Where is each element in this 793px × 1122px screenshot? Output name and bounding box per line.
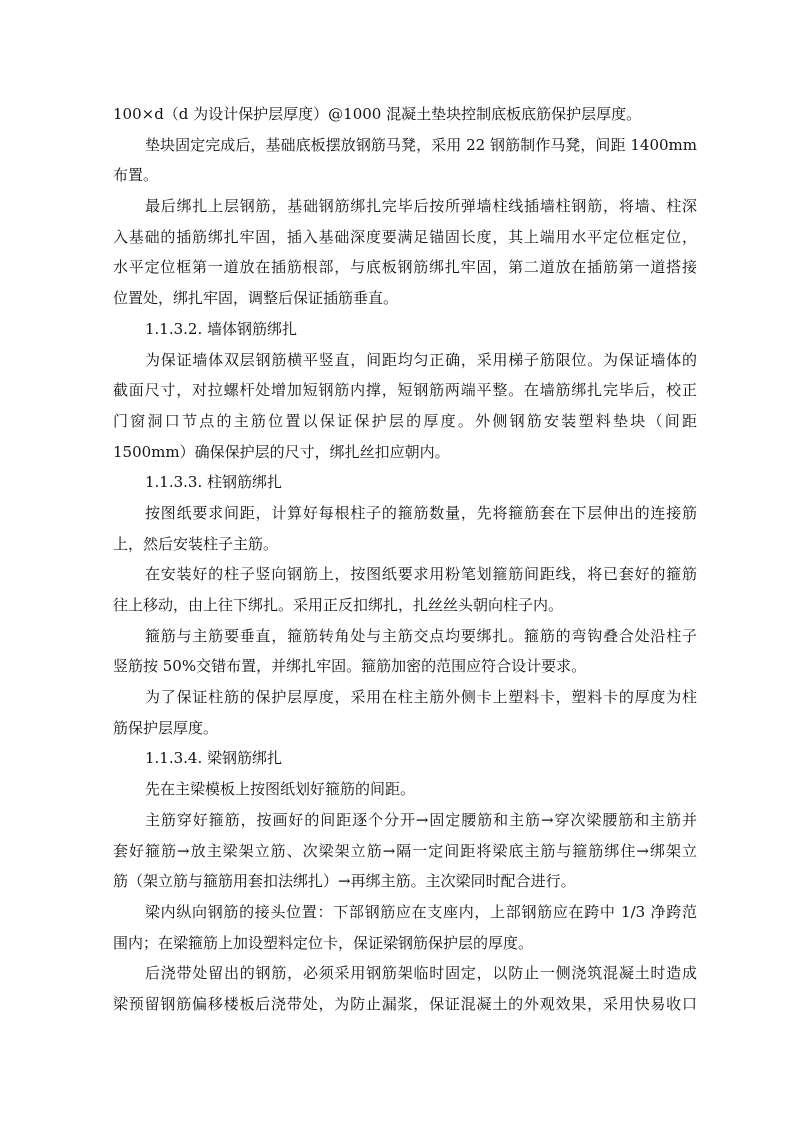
paragraph-line: 水平定位框第一道放在插筋根部，与底板钢筋绑扎牢固，第二道放在插筋第一道搭接	[113, 252, 697, 283]
paragraph-line: 梁预留钢筋偏移楼板后浇带处，为防止漏浆，保证混凝土的外观效果，采用快易收口	[113, 989, 697, 1020]
paragraph-line: 主筋穿好箍筋，按画好的间距逐个分开→固定腰筋和主筋→穿次梁腰筋和主筋并	[113, 805, 697, 836]
paragraph-line: 位置处，绑扎牢固，调整后保证插筋垂直。	[113, 283, 697, 314]
paragraph-line: 为保证墙体双层钢筋横平竖直，间距均匀正确，采用梯子筋限位。为保证墙体的	[113, 345, 697, 376]
paragraph-line: 按图纸要求间距，计算好每根柱子的箍筋数量，先将箍筋套在下层伸出的连接筋	[113, 498, 697, 529]
paragraph-line: 梁内纵向钢筋的接头位置：下部钢筋应在支座内，上部钢筋应在跨中 1/3 净跨范	[113, 897, 697, 928]
paragraph-line: 截面尺寸，对拉螺杆处增加短钢筋内撑，短钢筋两端平整。在墙筋绑扎完毕后，校正	[113, 375, 697, 406]
paragraph-line: 围内；在梁箍筋上加设塑料定位卡，保证梁钢筋保护层的厚度。	[113, 928, 697, 959]
paragraph-line: 最后绑扎上层钢筋，基础钢筋绑扎完毕后按所弹墙柱线插墙柱钢筋，将墙、柱深	[113, 191, 697, 222]
paragraph-line: 箍筋与主筋要垂直，箍筋转角处与主筋交点均要绑扎。箍筋的弯钩叠合处沿柱子	[113, 621, 697, 652]
paragraph-line: 100×d（d 为设计保护层厚度）@1000 混凝土垫块控制底板底筋保护层厚度。	[113, 99, 697, 130]
paragraph-line: 1500mm）确保保护层的尺寸，绑扎丝扣应朝内。	[113, 437, 697, 468]
section-heading: 1.1.3.3. 柱钢筋绑扎	[113, 467, 697, 498]
paragraph-line: 套好箍筋→放主梁架立筋、次梁架立筋→隔一定间距将梁底主筋与箍筋绑住→绑架立	[113, 836, 697, 867]
paragraph-line: 布置。	[113, 160, 697, 191]
paragraph-line: 先在主梁模板上按图纸划好箍筋的间距。	[113, 774, 697, 805]
paragraph-line: 为了保证柱筋的保护层厚度，采用在柱主筋外侧卡上塑料卡，塑料卡的厚度为柱	[113, 682, 697, 713]
paragraph-line: 在安装好的柱子竖向钢筋上，按图纸要求用粉笔划箍筋间距线，将已套好的箍筋	[113, 559, 697, 590]
paragraph-line: 垫块固定完成后，基础底板摆放钢筋马凳，采用 22 钢筋制作马凳，间距 1400m…	[113, 130, 697, 161]
document-page: 100×d（d 为设计保护层厚度）@1000 混凝土垫块控制底板底筋保护层厚度。…	[113, 99, 697, 1020]
paragraph-line: 上，然后安装柱子主筋。	[113, 529, 697, 560]
paragraph-line: 入基础的插筋绑扎牢固，插入基础深度要满足锚固长度，其上端用水平定位框定位，	[113, 222, 697, 253]
paragraph-line: 筋（架立筋与箍筋用套扣法绑扎）→再绑主筋。主次梁同时配合进行。	[113, 866, 697, 897]
paragraph-line: 竖筋按 50%交错布置，并绑扎牢固。箍筋加密的范围应符合设计要求。	[113, 651, 697, 682]
paragraph-line: 往上移动，由上往下绑扎。采用正反扣绑扎，扎丝丝头朝向柱子内。	[113, 590, 697, 621]
paragraph-line: 门窗洞口节点的主筋位置以保证保护层的厚度。外侧钢筋安装塑料垫块（间距	[113, 406, 697, 437]
paragraph-line: 筋保护层厚度。	[113, 713, 697, 744]
section-heading: 1.1.3.2. 墙体钢筋绑扎	[113, 314, 697, 345]
section-heading: 1.1.3.4. 梁钢筋绑扎	[113, 743, 697, 774]
paragraph-line: 后浇带处留出的钢筋，必须采用钢筋架临时固定，以防止一侧浇筑混凝土时造成	[113, 958, 697, 989]
